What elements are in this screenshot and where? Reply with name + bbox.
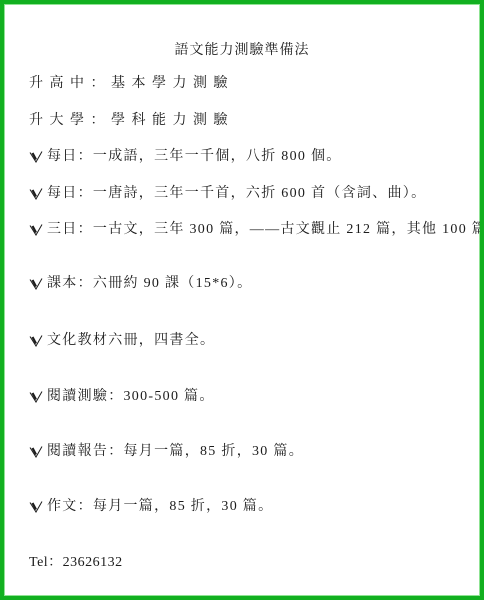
- check-bullet-icon: [29, 223, 43, 237]
- check-bullet-icon: [29, 390, 43, 404]
- list-item: 三日：一古文，三年 300 篇，——古文觀止 212 篇，其他 100 篇。: [29, 222, 484, 238]
- list-item-text: 三日：一古文，三年 300 篇，——古文觀止 212 篇，其他 100 篇。: [47, 222, 484, 238]
- check-bullet-icon: [29, 187, 43, 201]
- page-title: 語文能力測驗準備法: [4, 39, 480, 59]
- list-item-text: 課本：六冊約 90 課（15*6）。: [47, 276, 252, 292]
- list-item-text: 閱讀測驗：300-500 篇。: [47, 389, 215, 405]
- list-item: 閱讀測驗：300-500 篇。: [29, 389, 215, 405]
- check-bullet-icon: [29, 500, 43, 514]
- document-page: 語文能力測驗準備法 升高中：基本學力測驗 升大學：學科能力測驗 每日：一成語，三…: [0, 0, 484, 600]
- check-bullet-icon: [29, 445, 43, 459]
- intro-line-university: 升大學：學科能力測驗: [29, 113, 234, 129]
- list-item-text: 每日：一唐詩，三年一千首，六折 600 首（含詞、曲）。: [47, 186, 426, 202]
- list-item: 文化教材六冊，四書全。: [29, 333, 215, 349]
- check-bullet-icon: [29, 150, 43, 164]
- check-bullet-icon: [29, 334, 43, 348]
- list-item-text: 作文：每月一篇，85 折，30 篇。: [47, 499, 273, 515]
- intro-line-highschool: 升高中：基本學力測驗: [29, 76, 234, 92]
- list-item-text: 文化教材六冊，四書全。: [47, 333, 215, 349]
- check-bullet-icon: [29, 277, 43, 291]
- list-item: 每日：一唐詩，三年一千首，六折 600 首（含詞、曲）。: [29, 186, 426, 202]
- list-item-text: 每日：一成語，三年一千個，八折 800 個。: [47, 149, 342, 165]
- list-item: 作文：每月一篇，85 折，30 篇。: [29, 499, 273, 515]
- telephone-line: Tel：23626132: [29, 555, 123, 571]
- list-item: 課本：六冊約 90 課（15*6）。: [29, 276, 252, 292]
- list-item: 每日：一成語，三年一千個，八折 800 個。: [29, 149, 342, 165]
- list-item-text: 閱讀報告：每月一篇，85 折，30 篇。: [47, 444, 304, 460]
- list-item: 閱讀報告：每月一篇，85 折，30 篇。: [29, 444, 304, 460]
